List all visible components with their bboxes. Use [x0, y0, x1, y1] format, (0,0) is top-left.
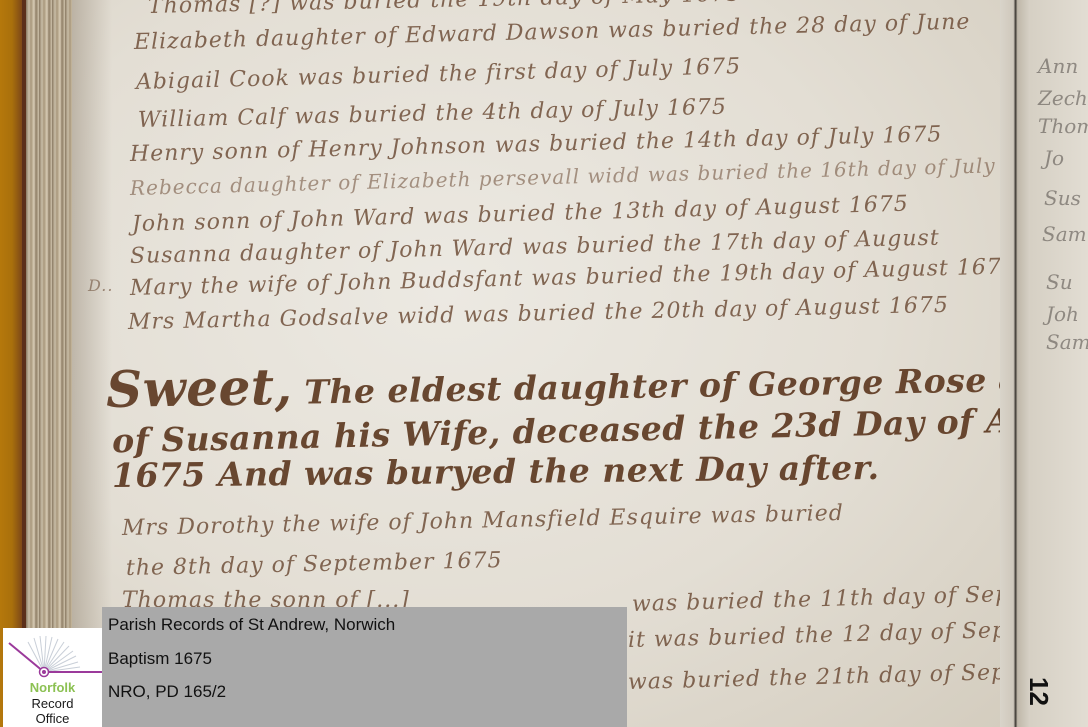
facing-fragment: Sam [1046, 330, 1088, 354]
caption-title: Parish Records of St Andrew, Norwich [108, 615, 395, 635]
entry-line: Mrs Dorothy the wife of John Mansfield E… [122, 501, 844, 541]
margin-mark: D.. [88, 276, 113, 295]
facing-fragment: Jo [1044, 146, 1064, 170]
book-gutter [1000, 0, 1030, 727]
facing-fragment: Ann [1038, 54, 1078, 78]
document-viewer: Thomas [?] was buried the 19th day of Ma… [0, 0, 1088, 727]
facing-fragment: Su [1046, 270, 1073, 294]
fan-rays-logo-icon [6, 634, 102, 680]
logo-office-text: Office [3, 711, 102, 726]
facing-fragment: Sus [1044, 186, 1081, 210]
caption-reference: NRO, PD 165/2 [108, 682, 226, 702]
norfolk-record-office-logo: Norfolk Record Office [3, 628, 102, 727]
facing-fragment: Joh [1046, 302, 1079, 326]
featured-line-3: 1675 And was buryed the next Day after. [112, 448, 880, 495]
page-number: 12 [1023, 677, 1054, 706]
facing-page: Ann Zecha Thom Jo Sus Sam Su Joh Sam [1030, 0, 1088, 727]
entry-line: William Calf was buried the 4th day of J… [138, 95, 727, 133]
facing-fragment: Thom [1038, 114, 1088, 138]
entry-line: Abigail Cook was buried the first day of… [136, 54, 742, 95]
facing-fragment: Sam [1042, 222, 1087, 246]
facing-fragment: Zecha [1038, 86, 1088, 110]
logo-record-text: Record [3, 696, 102, 711]
featured-name: Sweet, [106, 357, 293, 419]
entry-line: the 8th day of September 1675 [126, 548, 503, 581]
caption-panel: Parish Records of St Andrew, Norwich Bap… [102, 607, 627, 727]
page-edges-binding [22, 0, 78, 727]
entry-line: Mrs Martha Godsalve widd was buried the … [128, 293, 949, 335]
logo-norfolk-text: Norfolk [3, 680, 102, 695]
caption-subtitle: Baptism 1675 [108, 649, 212, 669]
entry-line: Thomas [?] was buried the 19th day of Ma… [148, 0, 742, 19]
